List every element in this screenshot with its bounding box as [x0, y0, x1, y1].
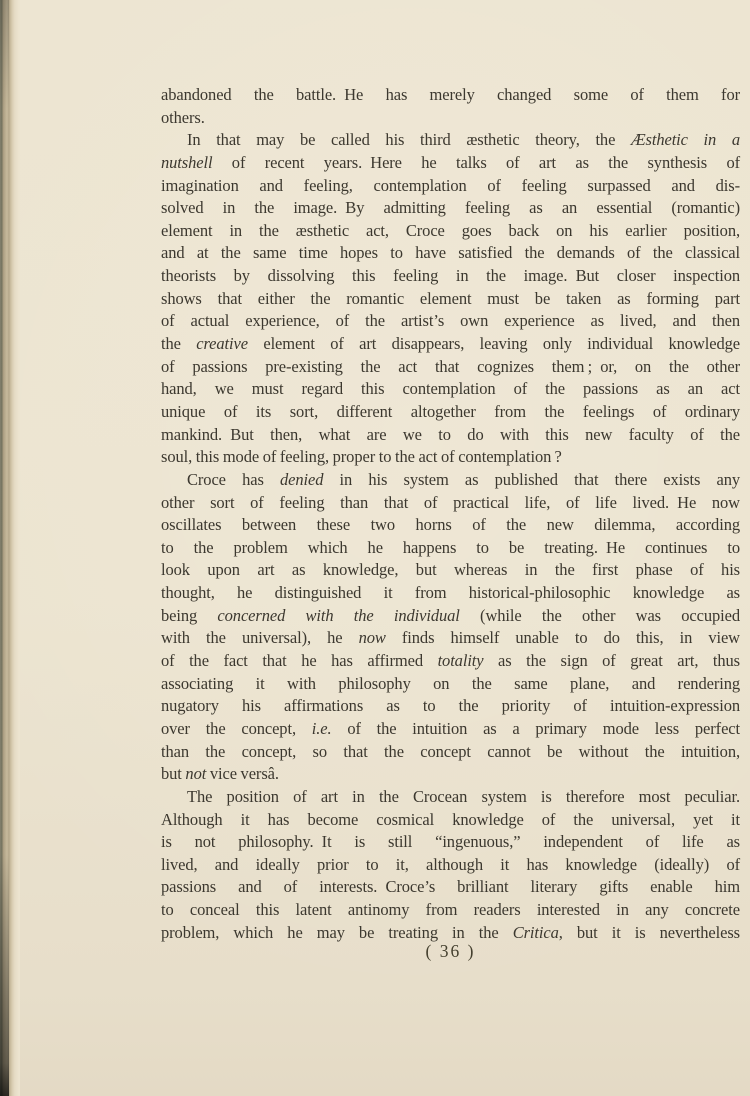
text-line-5: imagination and feeling, contemplation o…: [161, 175, 740, 198]
text-line-29: over the concept, i.e. of the intuition …: [161, 718, 740, 741]
text-line-28: nugatory his affirmations as to the prio…: [161, 695, 740, 718]
text-line-2: others.: [161, 107, 740, 130]
text-line-23: thought, he distinguished it from histor…: [161, 582, 740, 605]
text-line-4: nutshell of recent years. Here he talks …: [161, 152, 740, 175]
text-line-13: of passions pre-existing the act that co…: [161, 356, 740, 379]
text-line-34: is not philosophy. It is still “ingenuou…: [161, 831, 740, 854]
text-line-27: associating it with philosophy on the sa…: [161, 673, 740, 696]
text-line-1: abandoned the battle. He has merely chan…: [161, 84, 740, 107]
text-line-35: lived, and ideally prior to it, although…: [161, 854, 740, 877]
text-line-9: theorists by dissolving this feeling in …: [161, 265, 740, 288]
text-line-6: solved in the image. By admitting feelin…: [161, 197, 740, 220]
spine-shadow: [0, 0, 9, 1096]
text-line-30: than the concept, so that the concept ca…: [161, 741, 740, 764]
text-line-25: with the universal), he now finds himsel…: [161, 627, 740, 650]
text-line-19: other sort of feeling than that of pract…: [161, 492, 740, 515]
text-line-18: Croce has denied in his system as publis…: [161, 469, 740, 492]
text-line-37: to conceal this latent antinomy from rea…: [161, 899, 740, 922]
text-line-11: of actual experience, of the artist’s ow…: [161, 310, 740, 333]
page-number: ( 36 ): [161, 941, 740, 962]
text-line-36: passions and of interests. Croce’s brill…: [161, 876, 740, 899]
text-line-22: look upon art as knowledge, but whereas …: [161, 559, 740, 582]
text-line-32: The position of art in the Crocean syste…: [161, 786, 740, 809]
text-line-26: of the fact that he has affirmed totalit…: [161, 650, 740, 673]
text-line-17: soul, this mode of feeling, proper to th…: [161, 446, 740, 469]
text-line-21: to the problem which he happens to be tr…: [161, 537, 740, 560]
text-line-8: and at the same time hopes to have satis…: [161, 242, 740, 265]
page-text-block: abandoned the battle. He has merely chan…: [161, 84, 740, 944]
text-line-12: the creative element of art disappears, …: [161, 333, 740, 356]
text-line-31: but not vice versâ.: [161, 763, 740, 786]
text-line-7: element in the æsthetic act, Croce goes …: [161, 220, 740, 243]
scanned-book-page: abandoned the battle. He has merely chan…: [0, 0, 750, 1096]
text-line-24: being concerned with the individual (whi…: [161, 605, 740, 628]
text-line-33: Although it has become cosmical knowledg…: [161, 809, 740, 832]
text-line-15: unique of its sort, different altogether…: [161, 401, 740, 424]
text-line-14: hand, we must regard this contemplation …: [161, 378, 740, 401]
text-line-3: In that may be called his third æsthetic…: [161, 129, 740, 152]
page-number-label: ( 36 ): [426, 941, 476, 961]
text-line-10: shows that either the romantic element m…: [161, 288, 740, 311]
text-line-16: mankind. But then, what are we to do wit…: [161, 424, 740, 447]
text-line-20: oscillates between these two horns of th…: [161, 514, 740, 537]
